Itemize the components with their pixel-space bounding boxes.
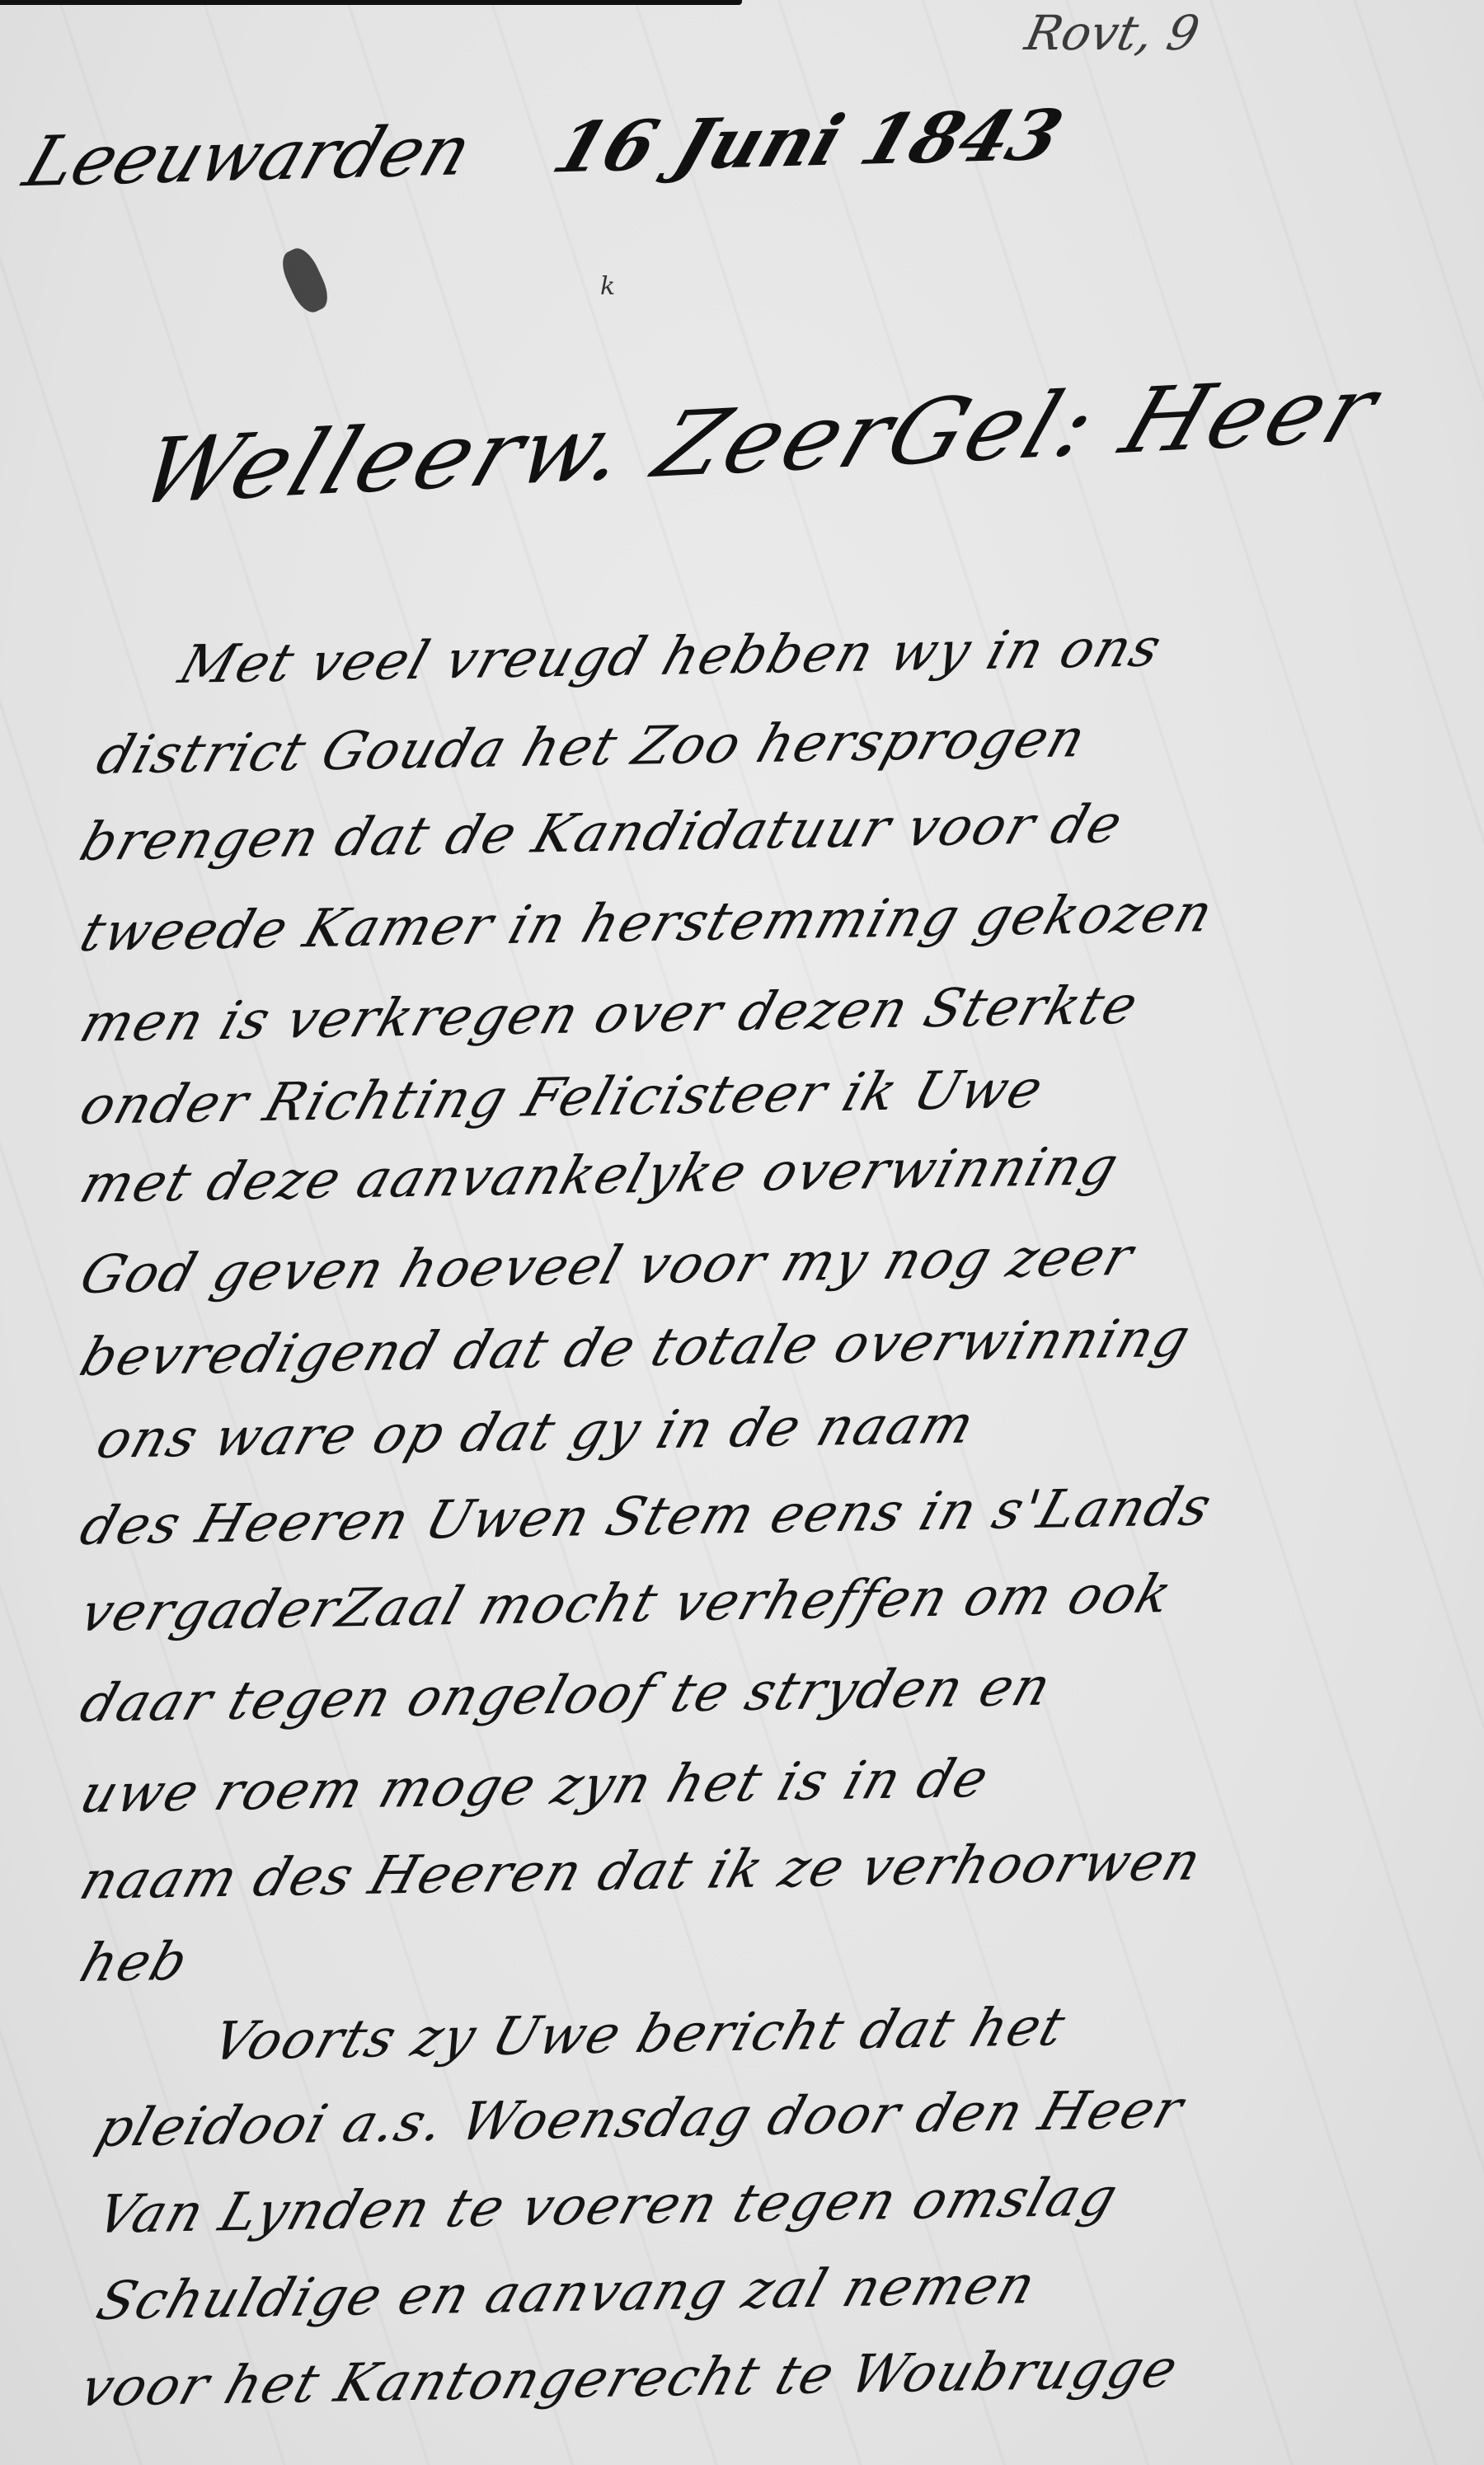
letter-line: heb (73, 1932, 197, 1994)
archive-mark: Rovt, 9 (1021, 5, 1205, 61)
scan-edge (0, 0, 742, 5)
date: 16 Juni 1843 (543, 94, 1073, 189)
place: Leeuwarden (15, 110, 482, 202)
small-mark: k (600, 272, 615, 301)
